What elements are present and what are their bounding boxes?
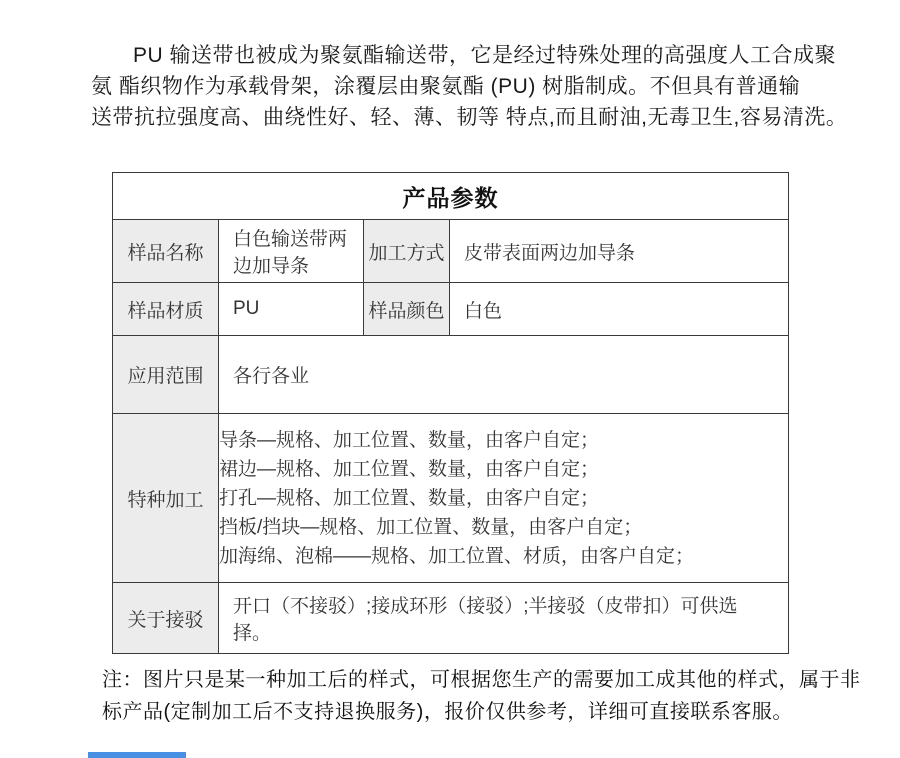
footnote-line: 注：图片只是某一种加工后的样式，可根据您生产的需要加工成其他的样式，属于非 bbox=[102, 664, 892, 696]
value-application-scope: 各行各业 bbox=[219, 336, 789, 414]
special-processing-line: 导条—规格、加工位置、数量，由客户自定； bbox=[219, 426, 788, 455]
label-processing-method: 加工方式 bbox=[364, 220, 450, 283]
label-joint-method: 关于接驳 bbox=[113, 583, 219, 654]
intro-line: PU 输送带也被成为聚氨酯输送带，它是经过特殊处理的高强度人工合成聚 bbox=[91, 40, 881, 71]
intro-line: 送带抗拉强度高、曲绕性好、轻、薄、韧等 特点,而且耐油,无毒卫生,容易清洗。 bbox=[91, 102, 881, 133]
label-sample-name: 样品名称 bbox=[113, 220, 219, 283]
footnote-line: 标产品(定制加工后不支持退换服务)，报价仅供参考，详细可直接联系客服。 bbox=[102, 696, 892, 728]
label-sample-color: 样品颜色 bbox=[364, 283, 450, 336]
label-sample-material: 样品材质 bbox=[113, 283, 219, 336]
bottom-accent-bar bbox=[88, 752, 186, 758]
value-joint-method: 开口（不接驳）;接成环形（接驳）;半接驳（皮带扣）可供选择。 bbox=[219, 583, 789, 654]
special-processing-line: 挡板/挡块—规格、加工位置、数量，由客户自定； bbox=[219, 513, 788, 542]
value-processing-method: 皮带表面两边加导条 bbox=[450, 220, 789, 283]
special-processing-line: 裙边—规格、加工位置、数量，由客户自定； bbox=[219, 455, 788, 484]
intro-line: 氨 酯织物作为承载骨架，涂覆层由聚氨酯 (PU) 树脂制成。不但具有普通输 bbox=[91, 71, 881, 102]
value-sample-name: 白色输送带两边加导条 bbox=[219, 220, 364, 283]
value-special-processing: 导条—规格、加工位置、数量，由客户自定； 裙边—规格、加工位置、数量，由客户自定… bbox=[219, 414, 789, 583]
special-processing-line: 打孔—规格、加工位置、数量，由客户自定； bbox=[219, 484, 788, 513]
label-application-scope: 应用范围 bbox=[113, 336, 219, 414]
label-special-processing: 特种加工 bbox=[113, 414, 219, 583]
footnote: 注：图片只是某一种加工后的样式，可根据您生产的需要加工成其他的样式，属于非 标产… bbox=[102, 664, 892, 728]
product-parameters-table: 产品参数 样品名称 白色输送带两边加导条 加工方式 皮带表面两边加导条 样品材质… bbox=[112, 172, 789, 654]
special-processing-line: 加海绵、泡棉——规格、加工位置、材质，由客户自定； bbox=[219, 542, 788, 571]
value-sample-material: PU bbox=[219, 283, 364, 336]
value-sample-color: 白色 bbox=[450, 283, 789, 336]
table-title: 产品参数 bbox=[113, 173, 789, 220]
product-detail-page: PU 输送带也被成为聚氨酯输送带，它是经过特殊处理的高强度人工合成聚 氨 酯织物… bbox=[0, 0, 900, 758]
intro-paragraph: PU 输送带也被成为聚氨酯输送带，它是经过特殊处理的高强度人工合成聚 氨 酯织物… bbox=[91, 40, 881, 133]
